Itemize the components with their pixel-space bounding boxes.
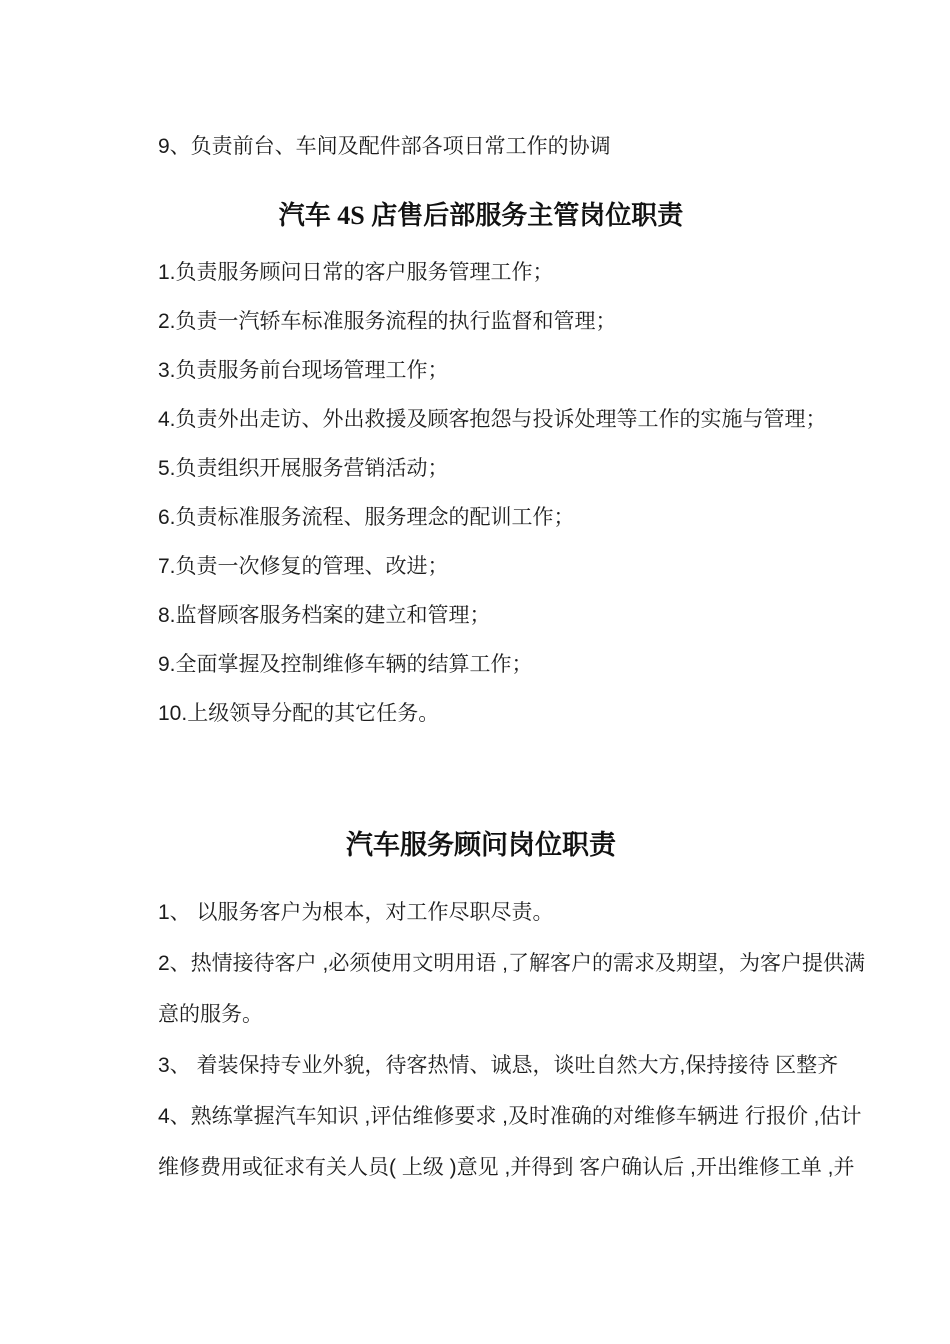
paragraph-line: 3、 着装保持专业外貌，待客热情、诚恳，谈吐自然大方,保持接待 区整齐: [158, 1051, 950, 1081]
duty-item: 1.负责服务顾问日常的客户服务管理工作；: [158, 258, 950, 288]
duty-item: 2.负责一汽轿车标准服务流程的执行监督和管理；: [158, 307, 950, 337]
paragraph-line: 维修费用或征求有关人员( 上级 )意见 ,并得到 客户确认后 ,开出维修工单 ,…: [158, 1153, 950, 1183]
paragraph-line: 4、熟练掌握汽车知识 ,评估维修要求 ,及时准确的对维修车辆进 行报价 ,估计: [158, 1102, 950, 1132]
paragraph-line: 1、 以服务客户为根本，对工作尽职尽责。: [158, 898, 950, 928]
duty-item: 5.负责组织开展服务营销活动；: [158, 454, 950, 484]
section1-title: 汽车 4S 店售后部服务主管岗位职责: [0, 196, 950, 236]
paragraph-line: 2、热情接待客户 ,必须使用文明用语 ,了解客户的需求及期望，为客户提供满: [158, 949, 950, 979]
duty-item: 4.负责外出走访、外出救援及顾客抱怨与投诉处理等工作的实施与管理；: [158, 405, 950, 435]
duty-item: 9.全面掌握及控制维修车辆的结算工作；: [158, 650, 950, 680]
section1-duty-list: 1.负责服务顾问日常的客户服务管理工作； 2.负责一汽轿车标准服务流程的执行监督…: [158, 258, 950, 729]
duty-item: 8.监督顾客服务档案的建立和管理；: [158, 601, 950, 631]
section2-title: 汽车服务顾问岗位职责: [0, 824, 950, 866]
duty-item: 3.负责服务前台现场管理工作；: [158, 356, 950, 386]
intro-line: 9、负责前台、车间及配件部各项日常工作的协调: [158, 132, 950, 162]
document-page: 9、负责前台、车间及配件部各项日常工作的协调 汽车 4S 店售后部服务主管岗位职…: [0, 0, 950, 1344]
duty-item: 7.负责一次修复的管理、改进；: [158, 552, 950, 582]
duty-item: 6.负责标准服务流程、服务理念的配训工作；: [158, 503, 950, 533]
paragraph-line: 意的服务。: [158, 1000, 950, 1030]
duty-item: 10.上级领导分配的其它任务。: [158, 699, 950, 729]
section2-paragraphs: 1、 以服务客户为根本，对工作尽职尽责。 2、热情接待客户 ,必须使用文明用语 …: [158, 898, 950, 1183]
